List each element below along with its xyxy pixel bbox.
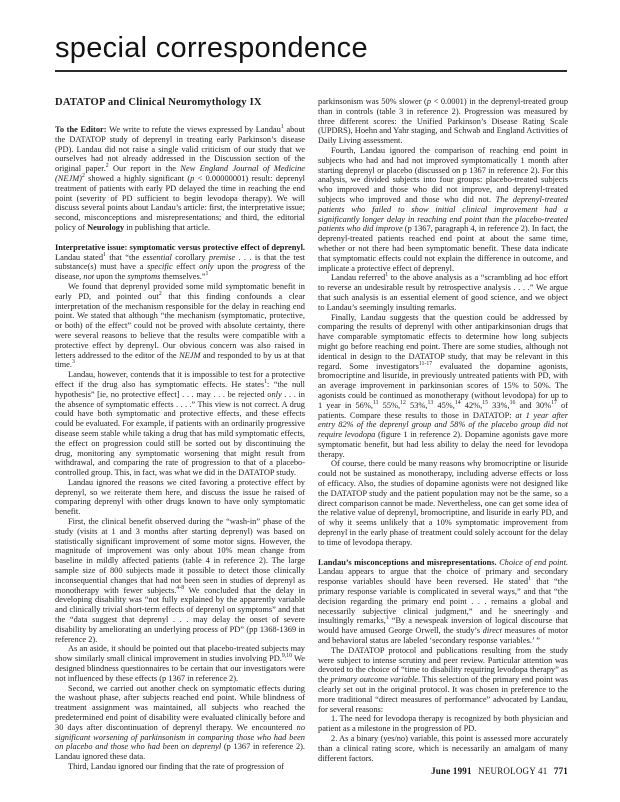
text-run: Landau referred [331, 273, 385, 282]
text-run: Interpretative issue: symptomatic versus… [55, 243, 305, 252]
text-run: that “the [106, 253, 143, 262]
paragraph: 1. The need for levodopa therapy is reco… [318, 714, 568, 734]
paragraph: We found that deprenyl provided some mil… [55, 282, 305, 370]
paragraph: Landau’s misconceptions and misrepresent… [318, 558, 568, 646]
text-run: 1. The need for levodopa therapy is reco… [318, 714, 568, 733]
text-run: First, the clinical benefit observed dur… [55, 517, 305, 595]
text-run: corollary [172, 253, 209, 262]
paragraph: First, the clinical benefit observed dur… [55, 517, 305, 644]
text-run: As an aside, it should be pointed out th… [55, 644, 305, 663]
left-column: DATATOP and Clinical Neuromythology IX T… [55, 97, 305, 772]
text-run: themselves.” [160, 272, 205, 281]
text-run: not [83, 272, 94, 281]
paragraph: Of course, there could be many reasons w… [318, 459, 568, 547]
article-body: DATATOP and Clinical Neuromythology IX T… [55, 97, 568, 772]
text-run: symptoms [127, 272, 160, 281]
text-run: Neurology [87, 223, 124, 232]
paragraph: 2. As a binary (yes/no) variable, this p… [318, 734, 568, 763]
footer-page-number: 771 [554, 766, 568, 776]
text-run: only [267, 390, 281, 399]
paragraph: Landau ignored the reasons we cited favo… [55, 478, 305, 517]
text-run: only [199, 262, 213, 271]
paragraph: Interpretative issue: symptomatic versus… [55, 243, 305, 282]
text-run: Of course, there could be many reasons w… [318, 459, 568, 546]
text-run: 33%, [488, 401, 510, 410]
paragraph: Second, we carried out another check on … [55, 684, 305, 762]
text-run: 53%, [406, 401, 428, 410]
page-footer: June 1991 NEUROLOGY 41 771 [427, 766, 568, 776]
text-run: 42%, [461, 401, 483, 410]
paragraph: Finally, Landau suggests that the questi… [318, 313, 568, 460]
text-run: . . . in the absence of symptomatic effe… [55, 390, 305, 477]
section-header: special correspondence [55, 33, 567, 72]
reference-superscript: 1 [206, 271, 209, 277]
article-title: DATATOP and Clinical Neuromythology IX [55, 97, 305, 109]
paragraph: The DATATOP protocol and publications re… [318, 646, 568, 715]
text-run: showed a highly significant ( [85, 174, 190, 183]
paragraph: Fourth, Landau ignored the comparison of… [318, 146, 568, 273]
paragraph: To the Editor: We write to refute the vi… [55, 125, 305, 233]
text-run: We write to refute the views expressed b… [109, 125, 281, 134]
text-run: upon the [94, 272, 127, 281]
text-run: and 30% [515, 401, 551, 410]
text-run: specific [147, 262, 173, 271]
text-run: Landau ignored the reasons we cited favo… [55, 478, 305, 516]
text-run: primary outcome variable [330, 675, 418, 684]
text-run: Third, Landau ignored our finding that t… [68, 762, 284, 771]
text-run: upon the [213, 262, 251, 271]
footer-journal-volume: NEUROLOGY 41 [478, 766, 547, 776]
text-run: 2. As a binary (yes/no) variable, this p… [318, 734, 568, 763]
paragraph: Landau, however, contends that it is imp… [55, 370, 305, 478]
section-title: special correspondence [55, 33, 567, 65]
reference-superscript: 4-8 [176, 585, 184, 591]
text-run: Landau’s misconceptions and misrepresent… [318, 558, 499, 567]
text-run: 55%, [379, 401, 401, 410]
text-run: effect [173, 262, 199, 271]
text-run: Second, we carried out another check on … [55, 684, 305, 732]
footer-issue-date: June 1991 [431, 766, 472, 776]
text-run: progress [252, 262, 281, 271]
text-run: 45%, [433, 401, 455, 410]
text-run: premise [209, 253, 235, 262]
text-run: To the Editor: [55, 125, 109, 134]
journal-page: special correspondence DATATOP and Clini… [0, 0, 620, 802]
text-run: that this finding confounds a clear inte… [55, 292, 305, 360]
reference-superscript: 9,10 [282, 653, 292, 659]
paragraph: Third, Landau ignored our finding that t… [55, 762, 305, 772]
text-run: direct [483, 626, 502, 635]
text-run: parkinsonism was 50% slower ( [318, 97, 427, 106]
text-run: essential [143, 253, 172, 262]
paragraph: As an aside, it should be pointed out th… [55, 644, 305, 683]
paragraph: parkinsonism was 50% slower (p < 0.0001)… [318, 97, 568, 146]
text-run: Our report in the [109, 164, 181, 173]
text-run: Choice of end point. [499, 558, 568, 567]
text-run: NEJM [179, 351, 200, 360]
text-run: Landau stated [55, 253, 103, 262]
reference-superscript: 11-17 [419, 361, 432, 367]
paragraph: Landau referred1 to the above analysis a… [318, 273, 568, 312]
right-column: parkinsonism was 50% slower (p < 0.0001)… [318, 97, 568, 772]
text-run: in publishing that article. [124, 223, 210, 232]
reference-superscript: 3 [72, 360, 75, 366]
